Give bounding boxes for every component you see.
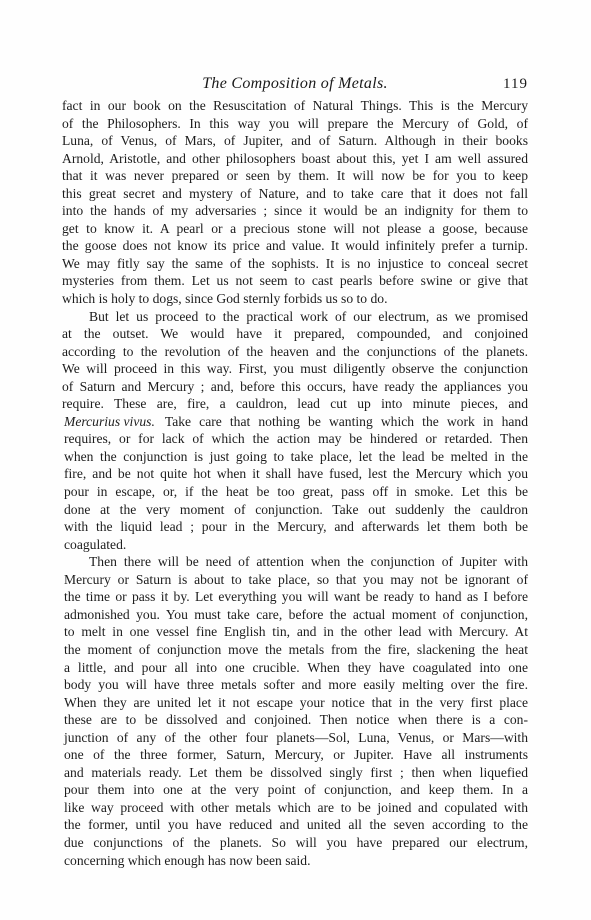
text-line: body you will have three metals softer a… (62, 676, 528, 694)
body-text: fact in our book on the Resuscitation of… (62, 97, 528, 869)
text-line: requires, or for lack of which the actio… (62, 430, 528, 448)
text-line: due conjunctions of the planets. So will… (62, 834, 528, 852)
text-line: this great secret and mystery of Nature,… (62, 185, 528, 203)
text-line: We will proceed in this way. First, you … (62, 360, 528, 378)
text-line: But let us proceed to the practical work… (62, 308, 528, 326)
italic-phrase: Mercurius vivus. (64, 413, 155, 431)
text-line: Mercury or Saturn is about to take place… (62, 571, 528, 589)
text-line: these are to be dissolved and conjoined.… (62, 711, 528, 729)
text-line: the time or pass it by. Let everything y… (62, 588, 528, 606)
text-line: concerning which enough has now been sai… (62, 852, 528, 870)
text-line: a little, and pour all into one crucible… (62, 659, 528, 677)
paragraph-2: But let us proceed to the practical work… (62, 308, 528, 554)
text-line: the goose does not know its price and va… (62, 237, 528, 255)
paragraph-3: Then there will be need of attention whe… (62, 553, 528, 869)
running-title: The Composition of Metals. (62, 75, 528, 93)
text-line: pour in escape, or, if the heat be too g… (62, 483, 528, 501)
text-line: of the Philosophers. In this way you wil… (62, 115, 528, 133)
text-line: at the outset. We would have it prepared… (62, 325, 528, 343)
text-line: We may fitly say the same of the sophist… (62, 255, 528, 273)
running-head: The Composition of Metals. 119 (62, 73, 528, 95)
text-line: which is holy to dogs, since God sternly… (62, 290, 528, 308)
text-line: mysteries from them. Let us not seem to … (62, 272, 528, 290)
text-line: Arnold, Aristotle, and other philosopher… (62, 150, 528, 168)
text-line: one of the three former, Saturn, Mercury… (62, 746, 528, 764)
text-line: fire, and be not quite hot when it shall… (62, 465, 528, 483)
text-line: get to know it. A pearl or a precious st… (62, 220, 528, 238)
text-line: that it was never prepared or seen by th… (62, 167, 528, 185)
text-line: require. These are, fire, a cauldron, le… (62, 395, 528, 413)
text-line: coagulated. (62, 536, 528, 554)
page-number: 119 (503, 76, 528, 93)
text-line: the former, until you have reduced and u… (62, 816, 528, 834)
text-line-rest: Take care that nothing be wanting which … (155, 413, 528, 431)
text-line: like way proceed with other metals which… (62, 799, 528, 817)
text-line: into the hands of my adversaries ; since… (62, 202, 528, 220)
text-line: when the conjunction is just going to ta… (62, 448, 528, 466)
text-line: fact in our book on the Resuscitation of… (62, 97, 528, 115)
text-line: Then there will be need of attention whe… (62, 553, 528, 571)
text-line: done at the very moment of conjunction. … (62, 501, 528, 519)
text-line: pour them into one at the very point of … (62, 781, 528, 799)
text-line: of Saturn and Mercury ; and, before this… (62, 378, 528, 396)
book-page: The Composition of Metals. 119 fact in o… (0, 0, 591, 920)
text-line: admonished you. You must take care, befo… (62, 606, 528, 624)
text-line: with the liquid lead ; pour in the Mercu… (62, 518, 528, 536)
text-line: the moment of conjunction move the metal… (62, 641, 528, 659)
text-line: junction of any of the other four planet… (62, 729, 528, 747)
text-line-with-italic: Mercurius vivus.Take care that nothing b… (62, 413, 528, 431)
text-line: and materials ready. Let them be dissolv… (62, 764, 528, 782)
text-line: When they are united let it not escape y… (62, 694, 528, 712)
paragraph-1: fact in our book on the Resuscitation of… (62, 97, 528, 308)
text-line: according to the revolution of the heave… (62, 343, 528, 361)
text-line: Luna, of Venus, of Mars, of Jupiter, and… (62, 132, 528, 150)
text-line: to melt in one vessel fine English tin, … (62, 623, 528, 641)
